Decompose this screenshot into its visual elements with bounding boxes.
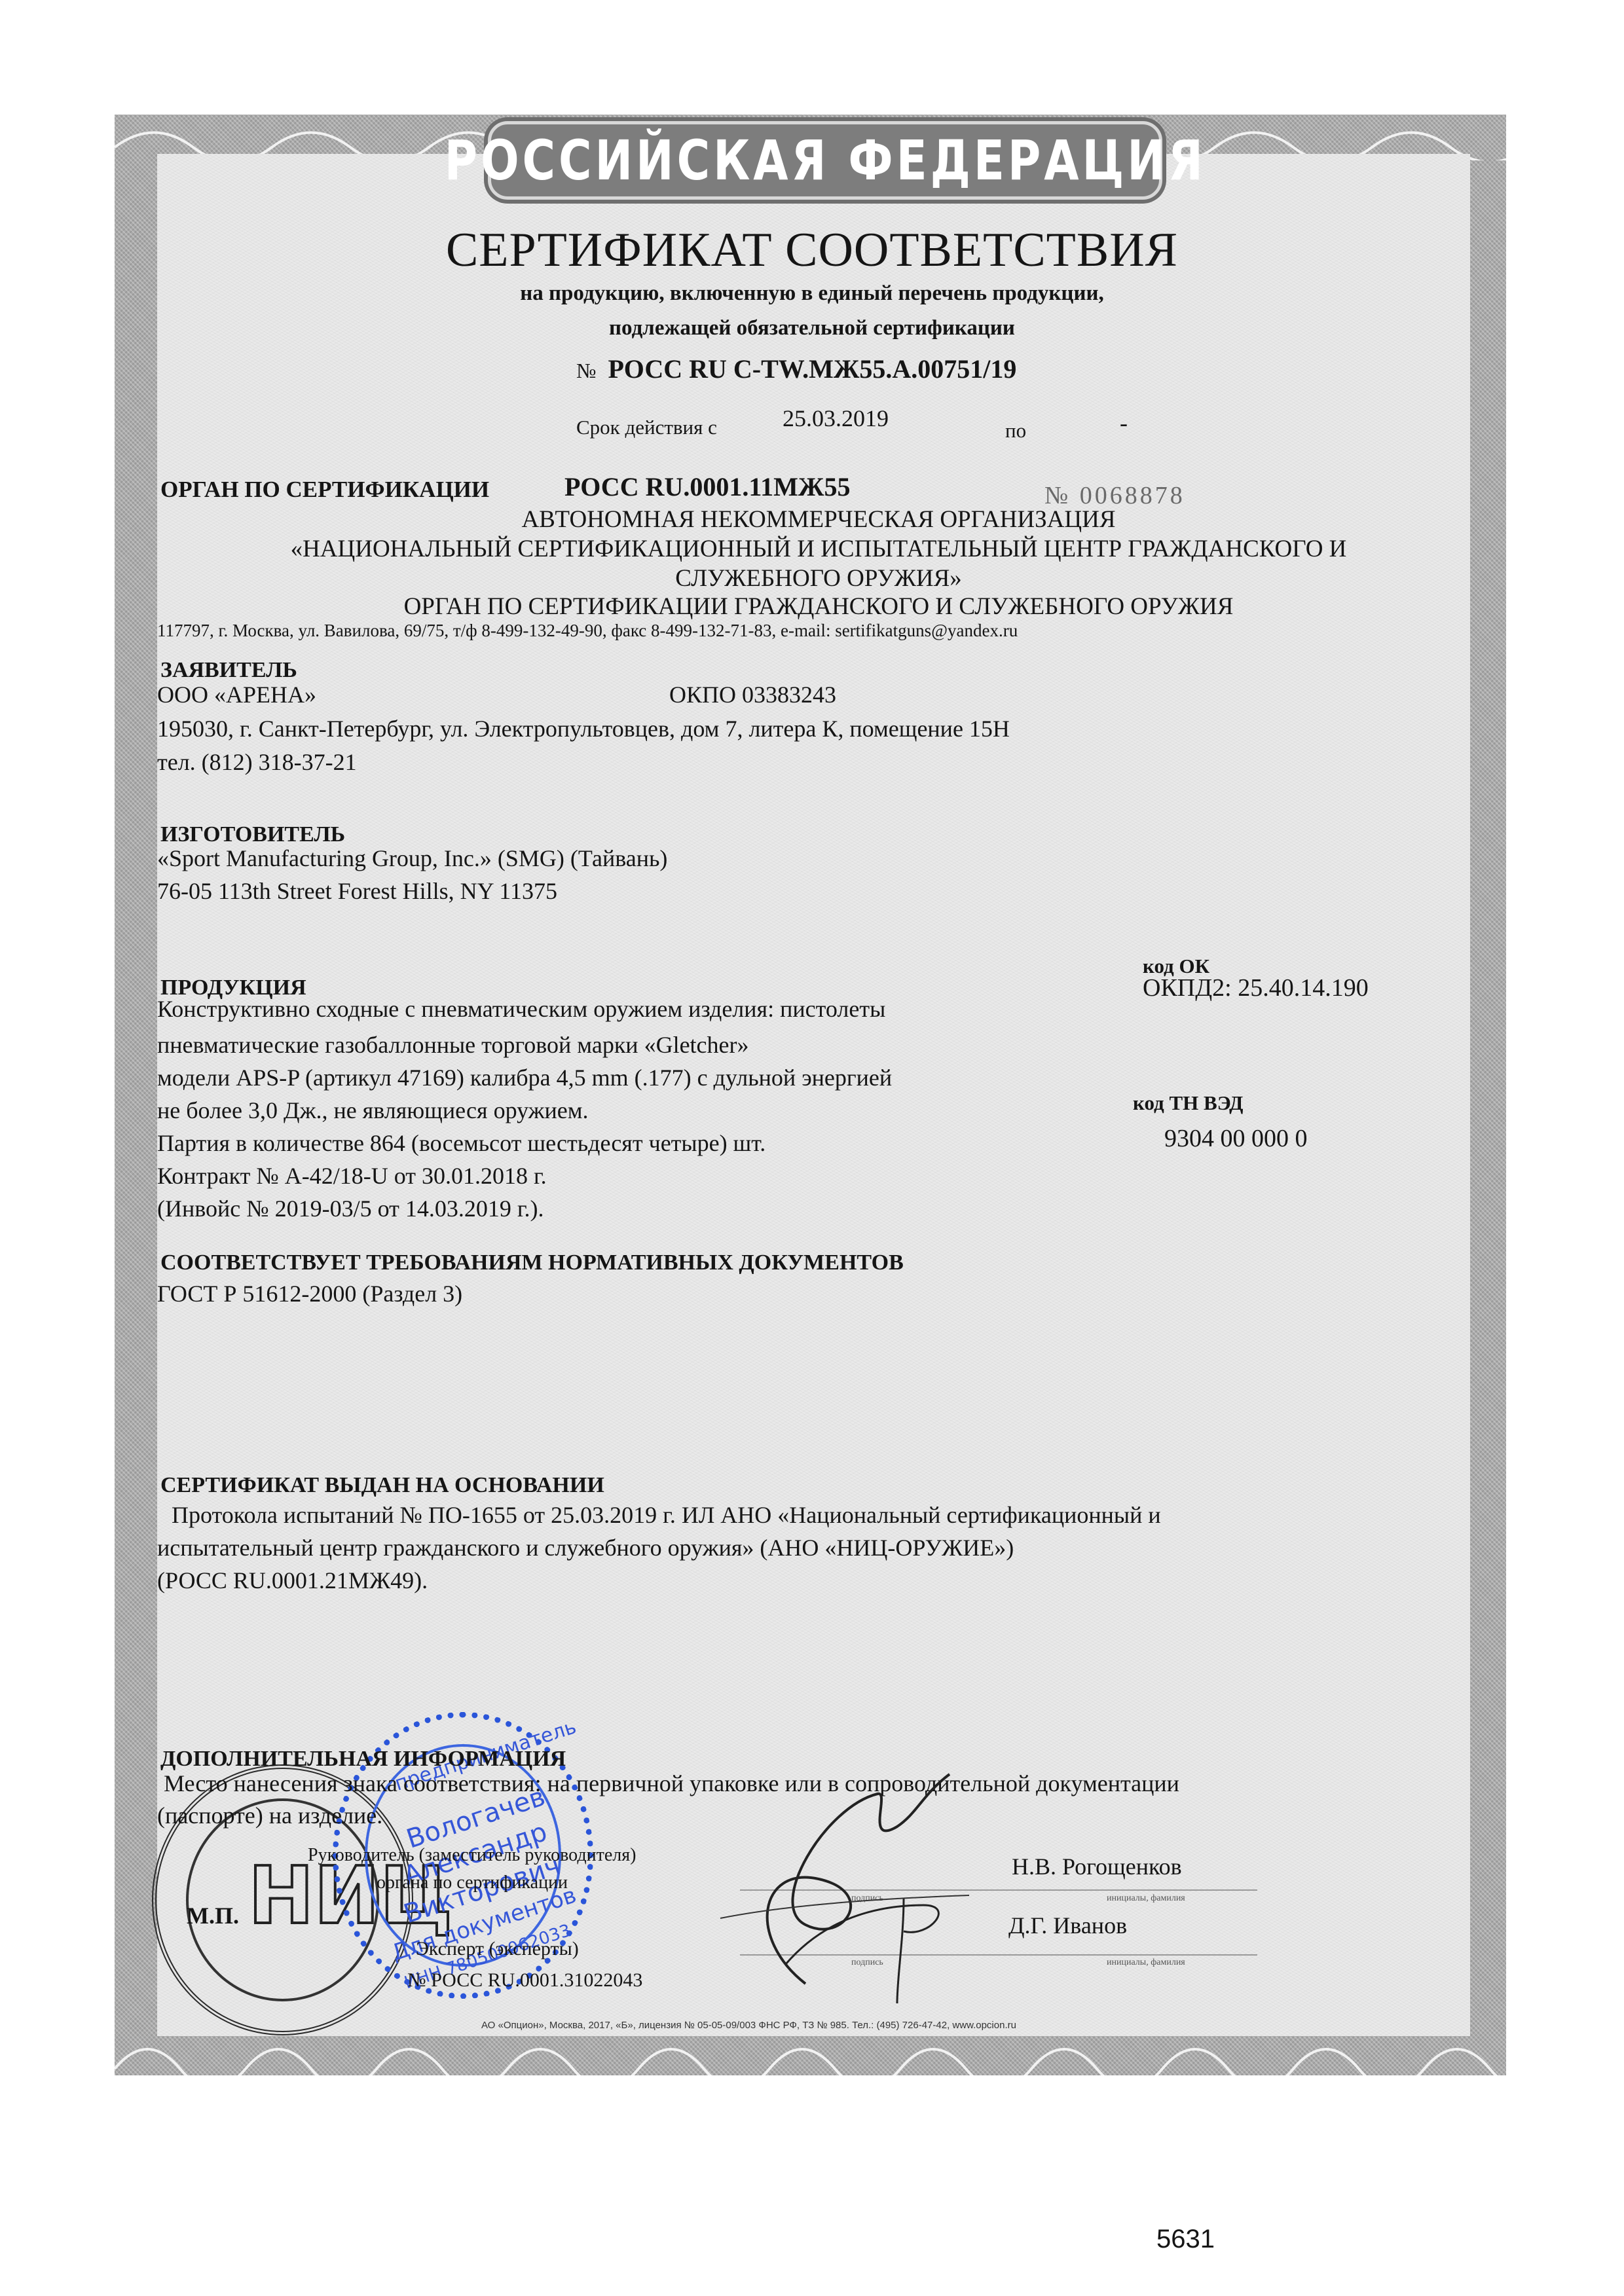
validity-from: 25.03.2019: [783, 405, 889, 432]
applicant-name: ООО «АРЕНА»: [157, 681, 316, 708]
applicant-okpo: ОКПО 03383243: [669, 681, 836, 708]
product-line-1: Конструктивно сходные с пневматическим о…: [157, 995, 885, 1023]
cert-body-label: ОРГАН ПО СЕРТИФИКАЦИИ: [160, 477, 489, 503]
validity-label: Срок действия с: [576, 416, 717, 439]
additional-line-1: Место нанесения знака соответствия: на п…: [164, 1770, 1179, 1797]
product-line-5: Партия в количестве 864 (восемьсот шесть…: [157, 1129, 766, 1157]
basis-line-2: испытательный центр гражданского и служе…: [157, 1534, 1014, 1561]
border-ornament-bottom: [115, 2030, 1506, 2075]
product-line-7: (Инвойс № 2019-03/5 от 14.03.2019 г.).: [157, 1195, 544, 1222]
applicant-heading: ЗАЯВИТЕЛЬ: [160, 658, 297, 683]
manufacturer-address: 76-05 113th Street Forest Hills, NY 1137…: [157, 877, 557, 905]
cert-body-line-1: АВТОНОМНАЯ НЕКОММЕРЧЕСКАЯ ОРГАНИЗАЦИЯ: [144, 505, 1493, 534]
expert-name: Д.Г. Иванов: [1008, 1912, 1127, 1939]
tnved-value: 9304 00 000 0: [1164, 1124, 1308, 1153]
subtitle-line-1: на продукцию, включенную в единый перече…: [0, 282, 1624, 306]
banner-text: РОССИЙСКАЯ ФЕДЕРАЦИЯ: [444, 128, 1206, 192]
basis-line-3: (РОСС RU.0001.21МЖ49).: [157, 1567, 428, 1594]
cert-body-line-2: «НАЦИОНАЛЬНЫЙ СЕРТИФИКАЦИОННЫЙ И ИСПЫТАТ…: [144, 535, 1493, 563]
ok-code-value: ОКПД2: 25.40.14.190: [1143, 974, 1369, 1002]
product-line-6: Контракт № А-42/18-U от 30.01.2018 г.: [157, 1162, 547, 1190]
head-name: Н.В. Рогощенков: [1012, 1853, 1182, 1880]
page-title: СЕРТИФИКАТ СООТВЕТСТВИЯ: [0, 223, 1624, 278]
page-number: 5631: [1156, 2225, 1215, 2254]
stamp-place-label: М.П.: [187, 1902, 239, 1929]
cert-body-address: 117797, г. Москва, ул. Вавилова, 69/75, …: [157, 621, 1018, 641]
handwritten-signatures: [707, 1768, 1022, 2016]
basis-heading: СЕРТИФИКАТ ВЫДАН НА ОСНОВАНИИ: [160, 1473, 604, 1498]
head-name-caption: инициалы, фамилия: [1107, 1893, 1185, 1904]
cert-body-line-3: СЛУЖЕБНОГО ОРУЖИЯ»: [144, 564, 1493, 592]
certificate-number-value: РОСС RU С-TW.МЖ55.А.00751/19: [608, 354, 1017, 384]
printer-imprint: АО «Опцион», Москва, 2017, «Б», лицензия…: [481, 2020, 1016, 2031]
expert-registration: № РОСС RU.0001.31022043: [407, 1969, 642, 1992]
tnved-label: код ТН ВЭД: [1133, 1091, 1243, 1115]
product-line-4: не более 3,0 Дж., не являющиеся оружием.: [157, 1097, 589, 1124]
head-label-1: Руководитель (заместитель руководителя): [308, 1845, 636, 1866]
expert-name-caption: инициалы, фамилия: [1107, 1958, 1185, 1968]
product-line-3: модели APS-P (артикул 47169) калибра 4,5…: [157, 1064, 892, 1091]
basis-line-1: Протокола испытаний № ПО-1655 от 25.03.2…: [172, 1501, 1161, 1529]
additional-line-2: (паспорте) на изделие.: [157, 1802, 382, 1829]
expert-label: Эксперт (эксперты): [416, 1938, 579, 1960]
head-label-2: органа по сертификации: [377, 1872, 568, 1893]
certificate-number: №РОСС RU С-TW.МЖ55.А.00751/19: [576, 354, 1016, 384]
manufacturer-heading: ИЗГОТОВИТЕЛЬ: [160, 822, 345, 847]
additional-heading: ДОПОЛНИТЕЛЬНАЯ ИНФОРМАЦИЯ: [160, 1747, 566, 1772]
conformity-heading: СООТВЕТСТВУЕТ ТРЕБОВАНИЯМ НОРМАТИВНЫХ ДО…: [160, 1250, 904, 1275]
subtitle-line-2: подлежащей обязательной сертификации: [0, 316, 1624, 340]
validity-to: -: [1120, 409, 1128, 437]
cert-body-line-4: ОРГАН ПО СЕРТИФИКАЦИИ ГРАЖДАНСКОГО И СЛУ…: [144, 592, 1493, 621]
applicant-phone: тел. (812) 318-37-21: [157, 748, 357, 776]
product-line-2: пневматические газобаллонные торговой ма…: [157, 1031, 749, 1059]
validity-to-label: по: [1005, 419, 1026, 443]
country-banner: РОССИЙСКАЯ ФЕДЕРАЦИЯ: [488, 121, 1162, 200]
applicant-address: 195030, г. Санкт-Петербург, ул. Электроп…: [157, 715, 1010, 742]
conformity-standard: ГОСТ Р 51612-2000 (Раздел 3): [157, 1280, 462, 1307]
cert-body-code: РОСС RU.0001.11МЖ55: [564, 471, 850, 502]
number-sign: №: [576, 359, 597, 382]
manufacturer-name: «Sport Manufacturing Group, Inc.» (SMG) …: [157, 845, 667, 872]
